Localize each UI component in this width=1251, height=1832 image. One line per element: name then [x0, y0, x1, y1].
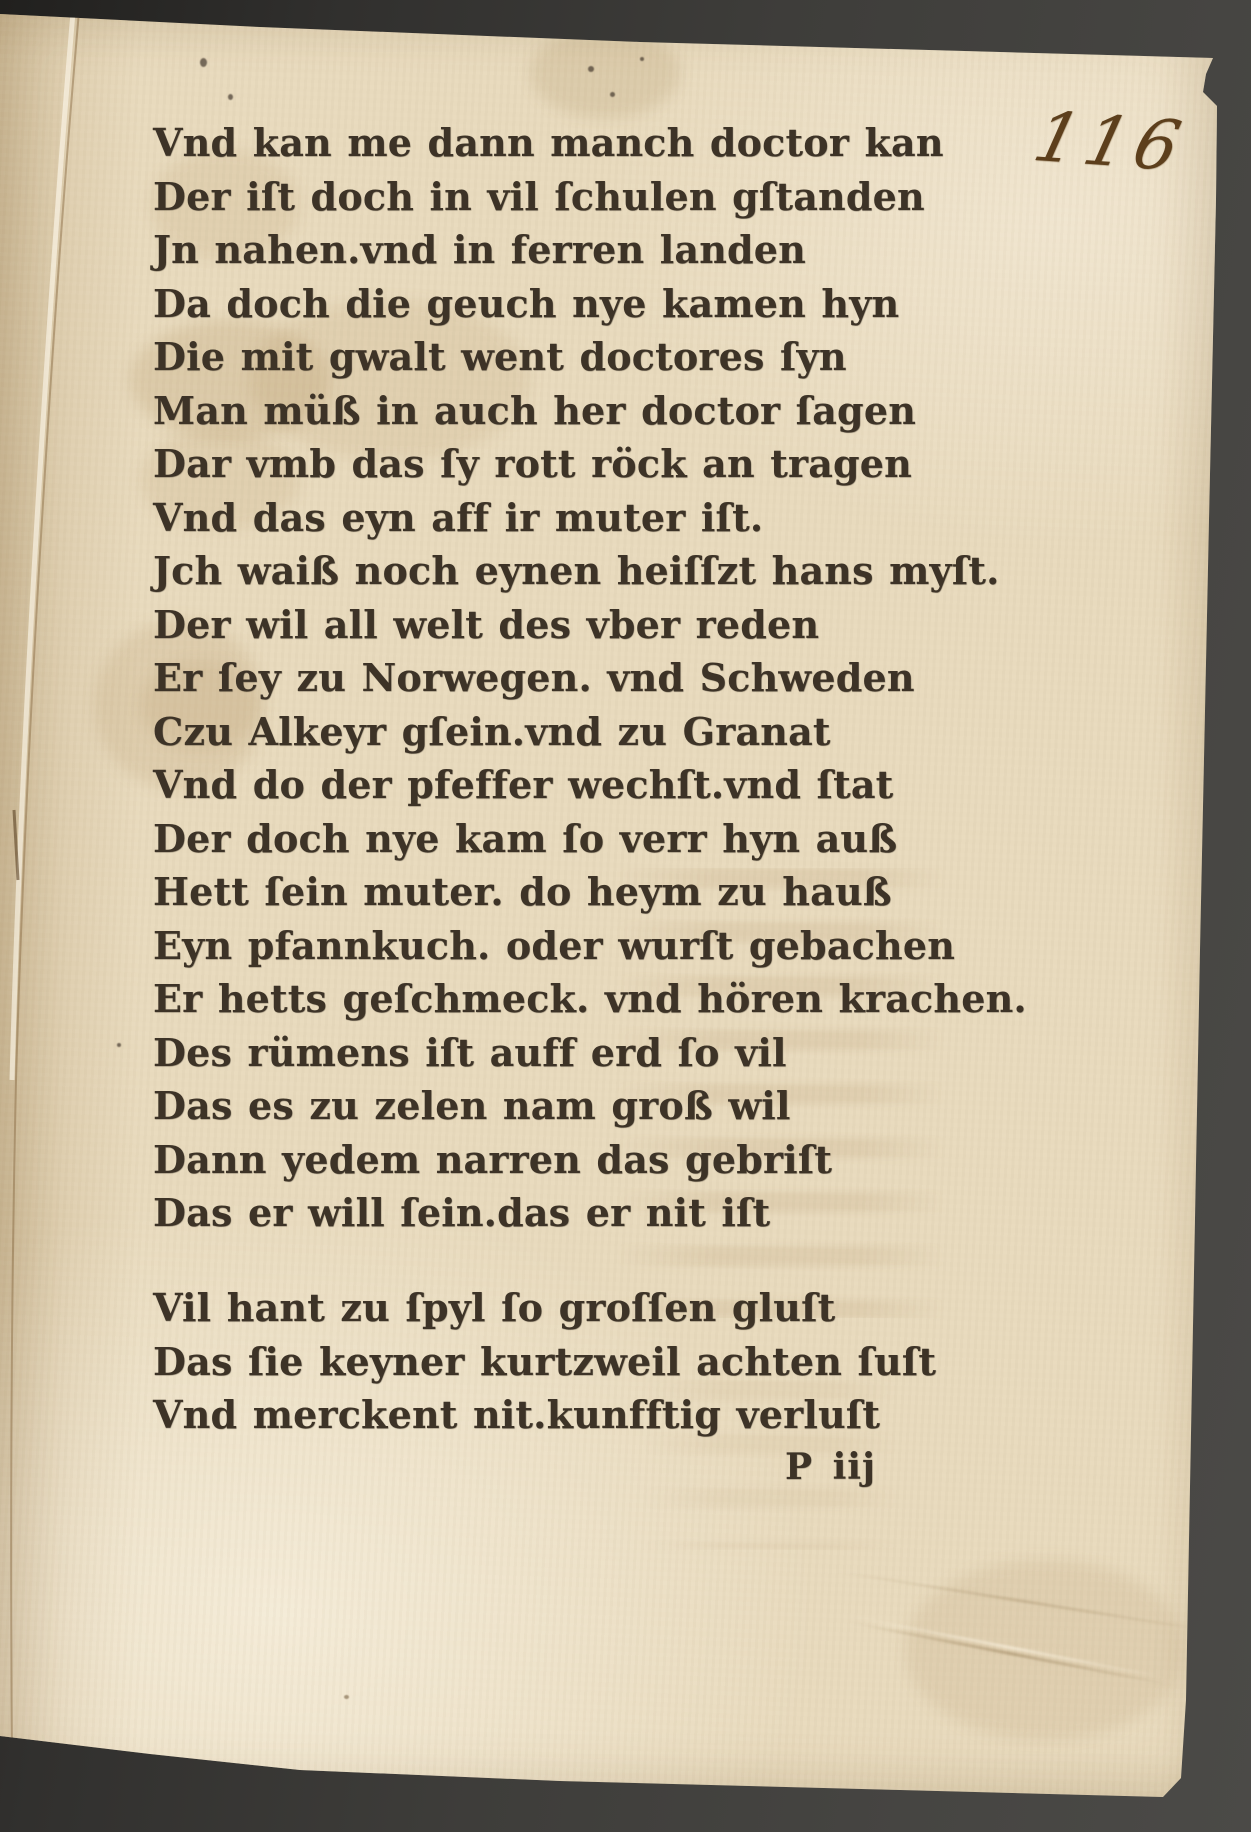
- ink-speck: [640, 57, 644, 61]
- book-page: Vnd kan me dann manch doctor kan Der iſt…: [0, 0, 1251, 1832]
- poem-line: Das ſie keyner kurtzweil achten ſuſt: [153, 1335, 983, 1389]
- ink-speck: [200, 58, 207, 67]
- poem-stanza-2: Vil hant zu ſpyl ſo groſſen gluſt Das ſi…: [153, 1281, 983, 1442]
- poem-line: Der wil all welt des vber reden: [153, 598, 983, 652]
- scan-backdrop: Vnd kan me dann manch doctor kan Der iſt…: [0, 0, 1251, 1832]
- poem-line: Vnd das eyn aff ir muter iſt.: [153, 491, 983, 545]
- gutter-crease: [0, 0, 130, 1832]
- poem-line: Dann yedem narren das gebriſt: [153, 1133, 983, 1187]
- stain: [530, 28, 680, 118]
- poem-stanza-1: Vnd kan me dann manch doctor kan Der iſt…: [153, 116, 983, 1240]
- poem-line: Jch waiß noch eynen heiſſzt hans myſt.: [153, 544, 983, 598]
- poem-line: Er ſey zu Norwegen. vnd Schweden: [153, 651, 983, 705]
- poem-line: Vnd kan me dann manch doctor kan: [153, 116, 983, 170]
- poem-line: Die mit gwalt went doctores ſyn: [153, 330, 983, 384]
- poem-line: Jn nahen.vnd in ferren landen: [153, 223, 983, 277]
- ink-speck: [228, 94, 233, 100]
- poem-line: Man müß in auch her doctor ſagen: [153, 384, 983, 438]
- poem-line: Hett ſein muter. do heym zu hauß: [153, 865, 983, 919]
- poem-line: Vnd merckent nit.kunfftig verluſt: [153, 1388, 983, 1442]
- ink-speck: [70, 1746, 80, 1754]
- poem-line: Der iſt doch in vil ſchulen gſtanden: [153, 170, 983, 224]
- ink-speck: [610, 92, 615, 97]
- poem-line: Da doch die geuch nye kamen hyn: [153, 277, 983, 331]
- poem-line: Das es zu zelen nam groß wil: [153, 1079, 983, 1133]
- poem-line: Vnd do der pfeffer wechſt.vnd ſtat: [153, 758, 983, 812]
- poem-line: Dar vmb das ſy rott röck an tragen: [153, 437, 983, 491]
- poem-line: Des rümens iſt auff erd ſo vil: [153, 1026, 983, 1080]
- poem-line: Eyn pfannkuch. oder wurſt gebachen: [153, 919, 983, 973]
- poem-line: Das er will ſein.das er nit iſt: [153, 1186, 983, 1240]
- handwritten-folio-number: 116: [1026, 98, 1194, 187]
- poem-line: Vil hant zu ſpyl ſo groſſen gluſt: [153, 1281, 983, 1335]
- poem-line: Er hetts geſchmeck. vnd hören krachen.: [153, 972, 983, 1026]
- ink-speck: [588, 66, 594, 72]
- poem-line: Czu Alkeyr gſein.vnd zu Granat: [153, 705, 983, 759]
- ink-speck: [344, 1695, 349, 1699]
- signature-mark: P iij: [785, 1446, 876, 1488]
- poem-line: Der doch nye kam ſo verr hyn auß: [153, 812, 983, 866]
